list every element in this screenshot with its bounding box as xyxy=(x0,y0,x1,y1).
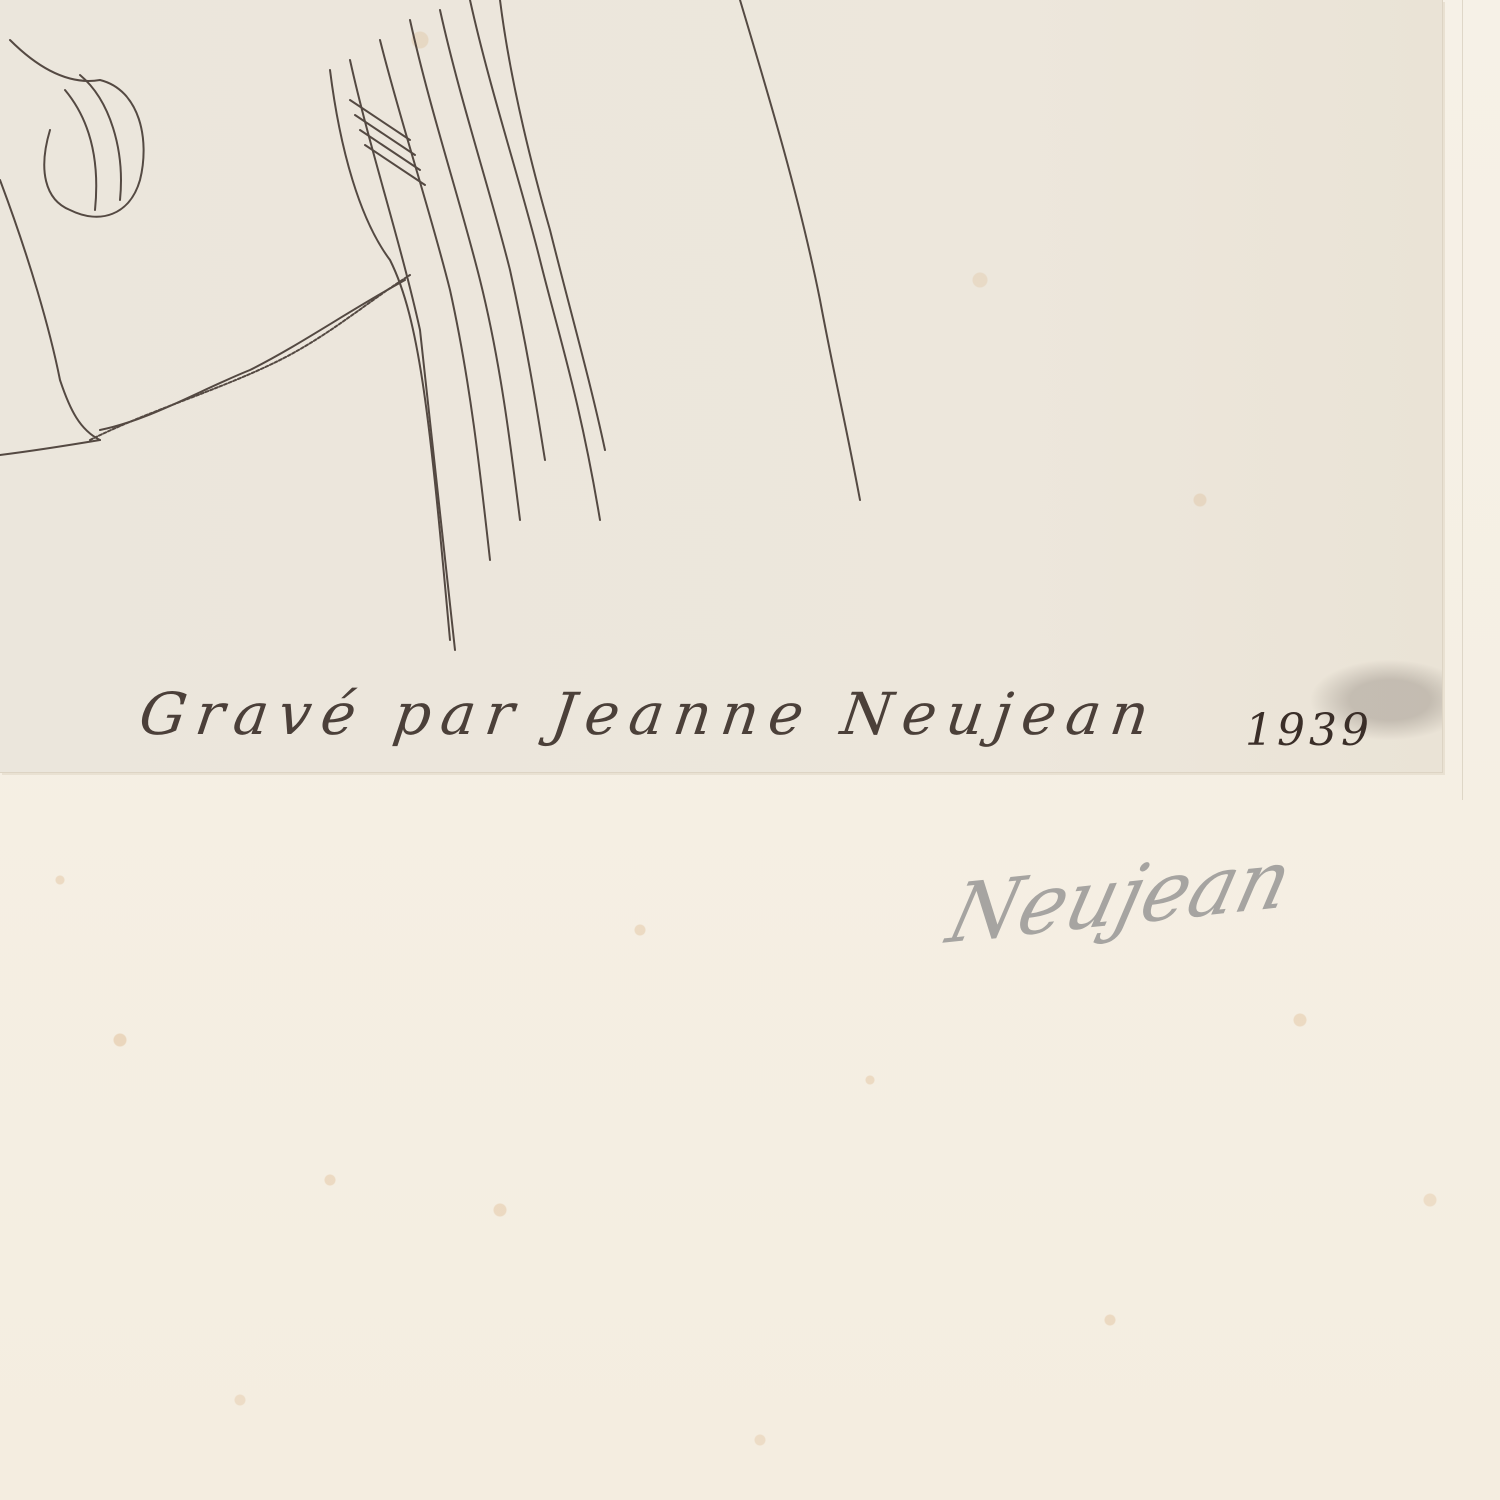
plate-inscription: Gravé par Jeanne Neujean xyxy=(135,680,1163,748)
plate-year: 1939 xyxy=(1245,705,1373,756)
